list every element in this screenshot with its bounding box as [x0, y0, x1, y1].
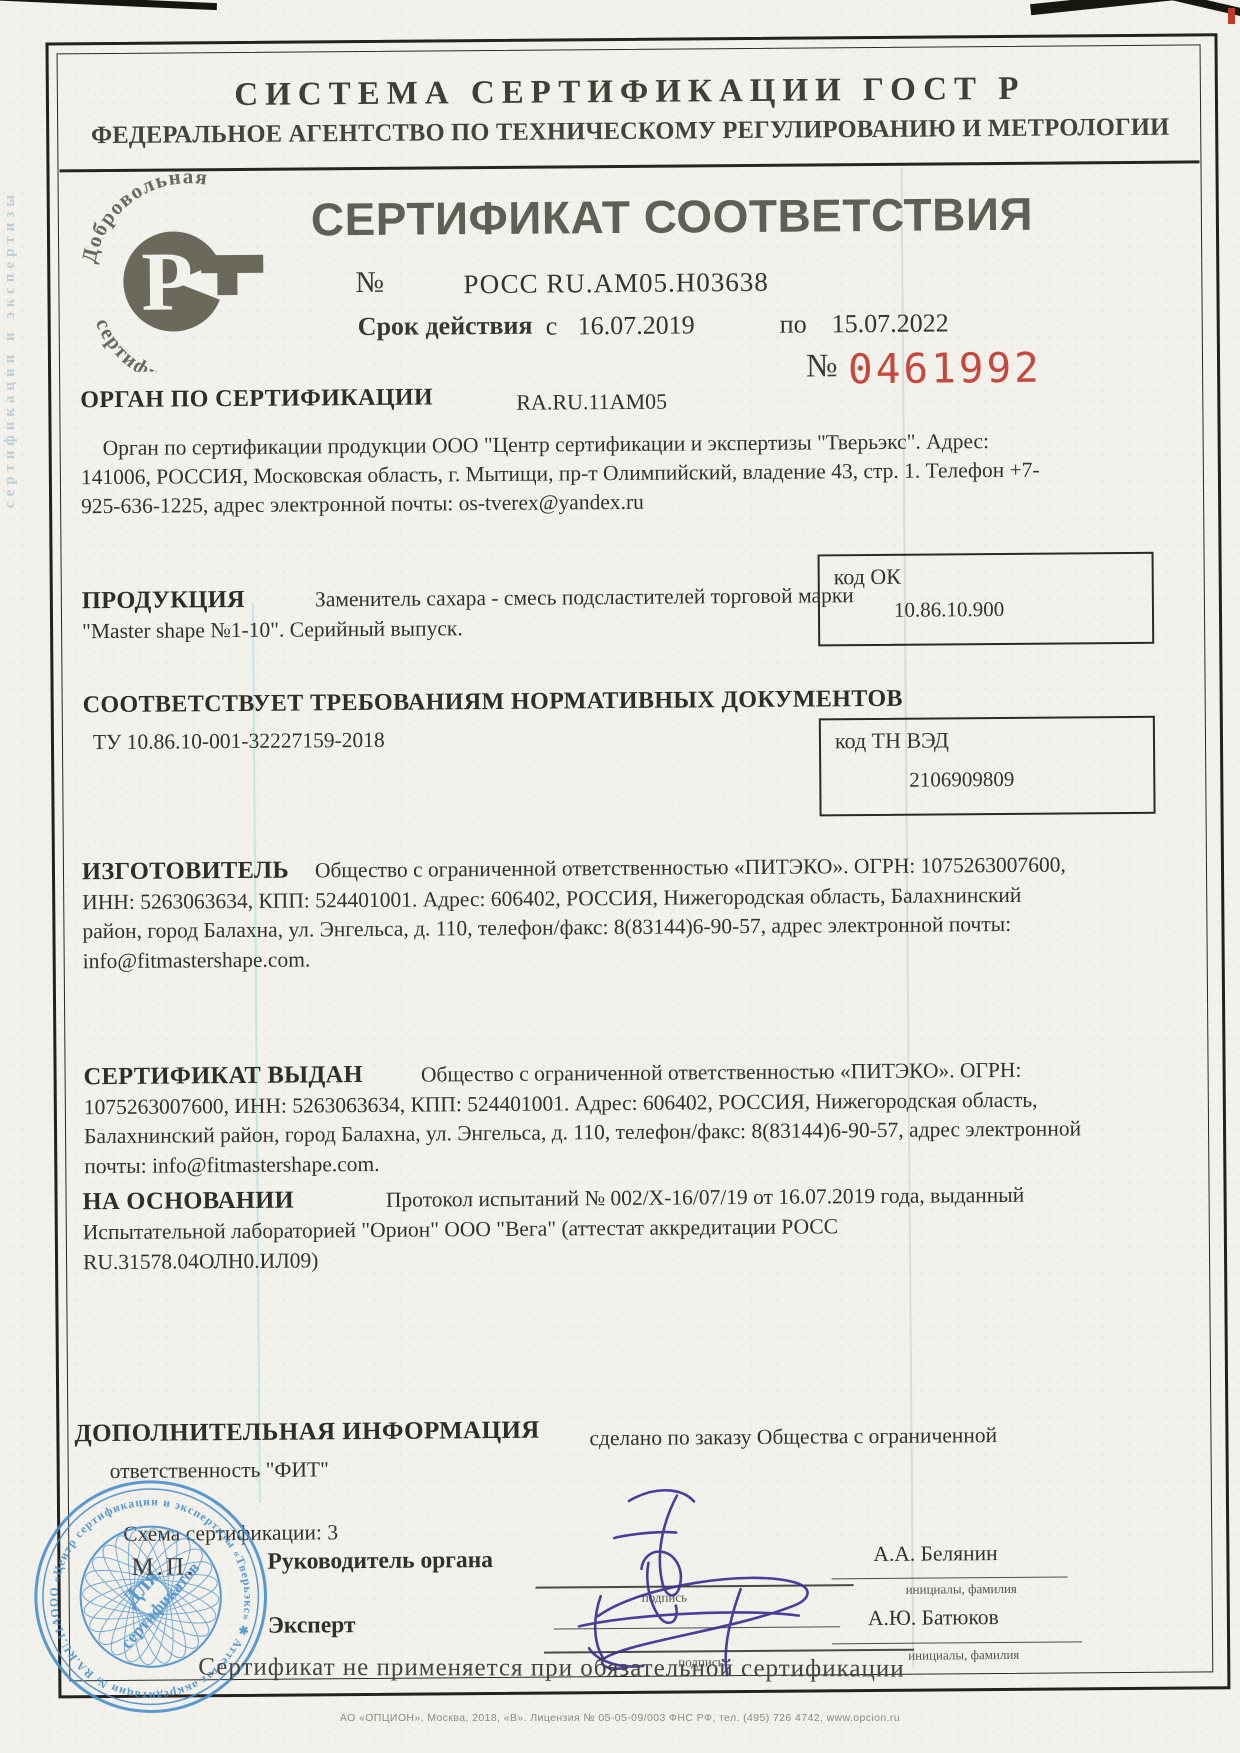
validity-from-date: 16.07.2019 [578, 310, 695, 341]
certificate-title: СЕРТИФИКАТ СООТВЕТСТВИЯ [311, 187, 1034, 247]
tnved-code-box: код ТН ВЭД 2106909809 [819, 716, 1156, 817]
blank-number-sign: № [806, 348, 838, 385]
validity-to-date: 15.07.2022 [832, 308, 949, 339]
basis-label: НА ОСНОВАНИИ [82, 1187, 294, 1216]
head-name-line [831, 1545, 1067, 1580]
logo-p-letter: Р [141, 235, 193, 328]
certification-body-text: Орган по сертификации продукции ООО "Цен… [81, 427, 1044, 522]
ok-code-box: код ОК 10.86.10.900 [818, 552, 1155, 647]
head-name-caption: инициалы, фамилия [906, 1581, 1017, 1598]
manufacturer-paragraph: ИЗГОТОВИТЕЛЬОбщество с ограниченной отве… [82, 849, 1078, 976]
expert-role: Эксперт [268, 1612, 356, 1640]
certification-body-code: RA.RU.11АМ05 [516, 389, 667, 416]
expert-name-caption: инициалы, фамилия [908, 1647, 1019, 1664]
tnved-code-label: код ТН ВЭД [835, 727, 949, 754]
issued-to-label: СЕРТИФИКАТ ВЫДАН [84, 1061, 364, 1090]
ok-code-value: 10.86.10.900 [894, 597, 1004, 623]
additional-info-label: ДОПОЛНИТЕЛЬНАЯ ИНФОРМАЦИЯ [74, 1417, 540, 1449]
blank-number-value: 0461992 [848, 344, 1042, 394]
head-of-body-role: Руководитель органа [267, 1547, 493, 1576]
issued-to-paragraph: СЕРТИФИКАТ ВЫДАНОбщество с ограниченной … [83, 1054, 1082, 1181]
basis-paragraph: НА ОСНОВАНИИПротокол испытаний № 002/Х-1… [82, 1180, 1065, 1278]
tnved-code-value: 2106909809 [909, 767, 1014, 793]
validity-from-label: с [546, 311, 558, 341]
printer-info: АО «ОПЦИОН», Москва, 2018, «В». Лицензия… [0, 1712, 1240, 1724]
production-label: ПРОДУКЦИЯ [82, 586, 245, 614]
certification-body-label: ОРГАН ПО СЕРТИФИКАЦИИ [80, 384, 433, 414]
rst-voluntary-certification-logo: Р Добровольная сертификация [73, 170, 303, 372]
footer-note: Сертификат не применяется при обязательн… [198, 1654, 904, 1684]
cert-number-sign: № [355, 266, 384, 300]
validity-to-label: по [780, 310, 807, 340]
production-paragraph: ПРОДУКЦИЯЗаменитель сахара - смесь подсл… [82, 580, 924, 647]
head-signature-line [535, 1552, 853, 1588]
stamp-place-label: М.П. [131, 1553, 196, 1582]
certificate-sheet: сертификации и экспертизы СИСТЕМА СЕРТИФ… [0, 0, 1240, 1753]
ok-code-label: код ОК [834, 564, 901, 591]
cert-number-value: РОСС RU.AM05.H03638 [463, 267, 769, 300]
certification-body-stamp: ООО «Центр сертификации и экспертизы «Тв… [0, 1445, 302, 1748]
conformity-text: ТУ 10.86.10-001-32227159-2018 [93, 726, 385, 757]
expert-name-line [832, 1610, 1082, 1644]
additional-info-right-text: сделано по заказу Общества с ограниченно… [589, 1421, 997, 1453]
manufacturer-label: ИЗГОТОВИТЕЛЬ [82, 857, 289, 886]
validity-label: Срок действия [358, 311, 533, 342]
